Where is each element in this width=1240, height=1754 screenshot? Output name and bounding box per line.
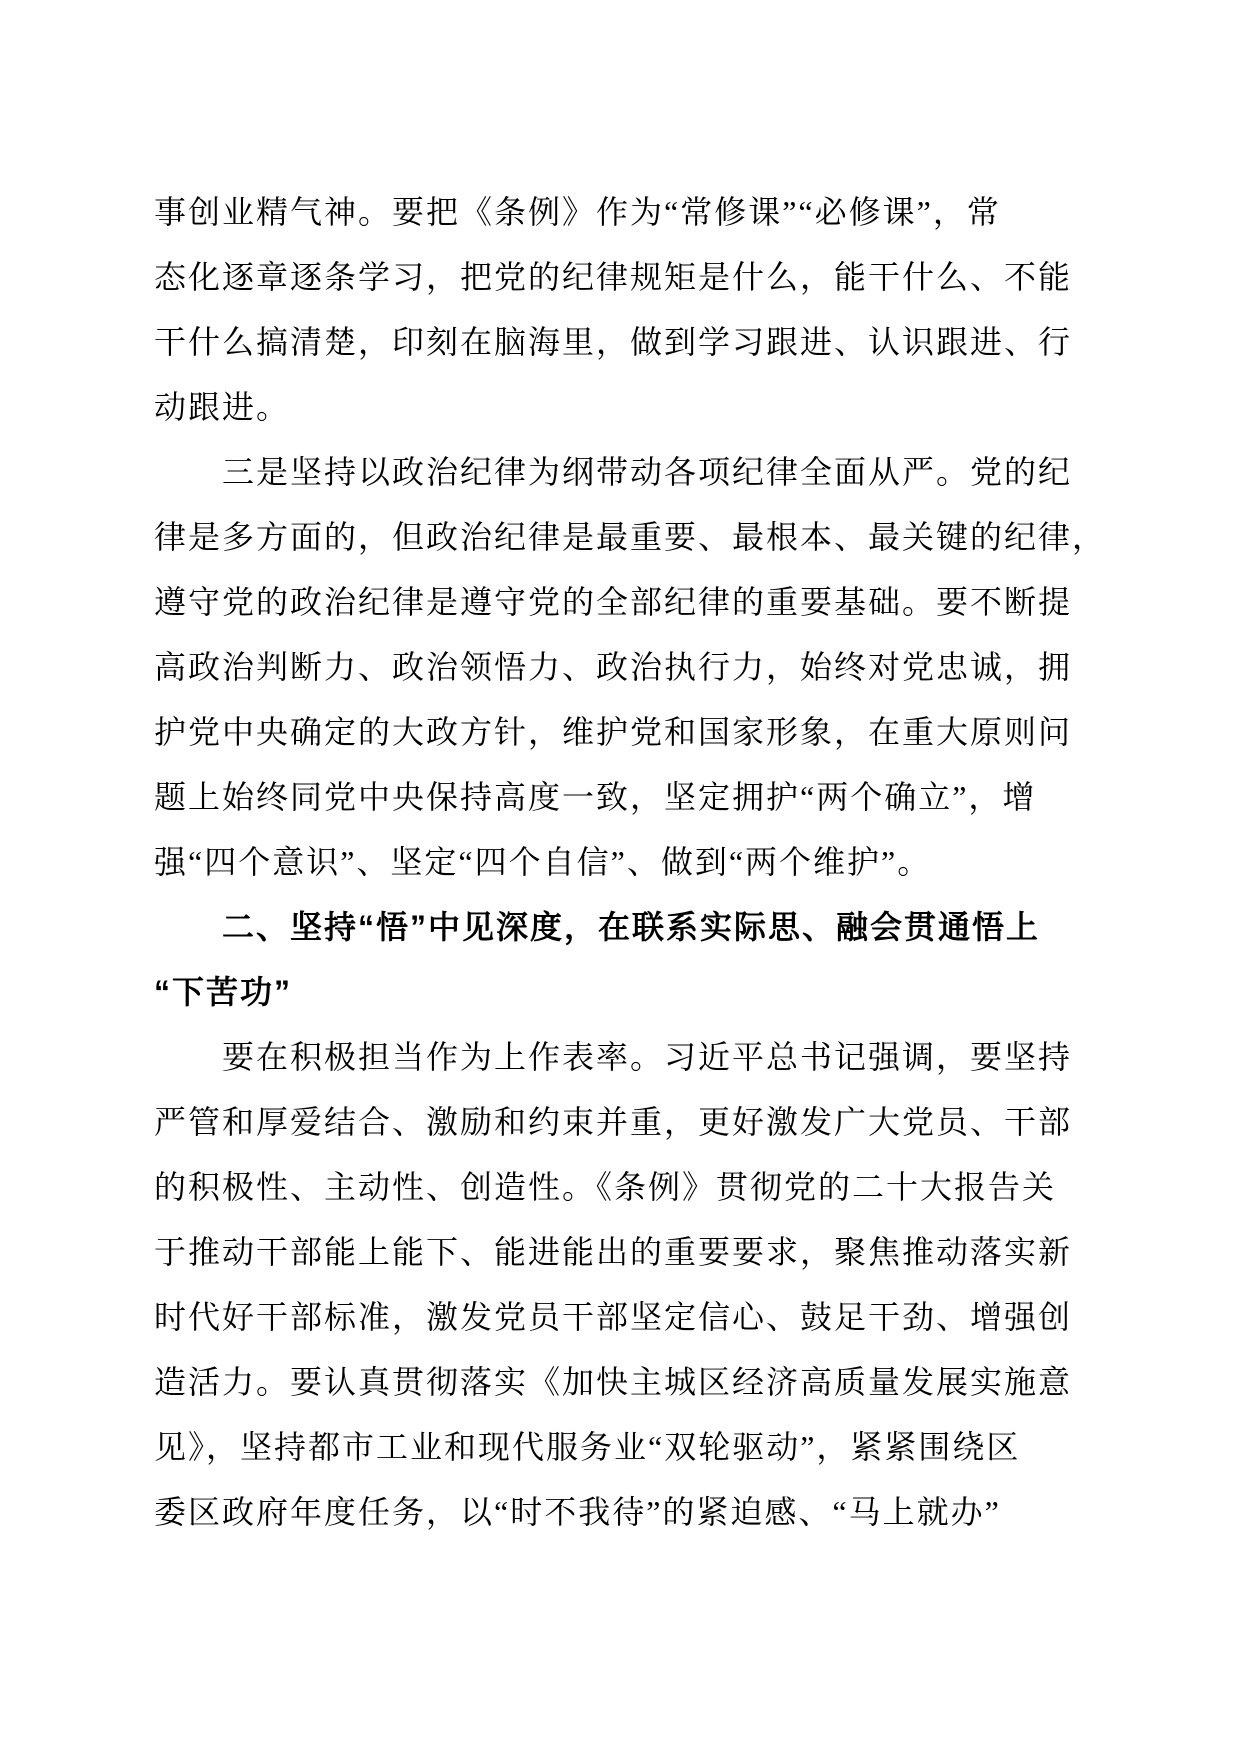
text-line: 律是多方面的，但政治纪律是最重要、最根本、最关键的纪律， xyxy=(154,505,1114,570)
text-line: 题上始终同党中央保持高度一致，坚定拥护“两个确立”，增 xyxy=(154,765,1114,830)
text-line: 要在积极担当作为上作表率。习近平总书记强调，要坚持 xyxy=(154,1025,1114,1090)
paragraph-responsibility: 要在积极担当作为上作表率。习近平总书记强调，要坚持 严管和厚爱结合、激励和约束并… xyxy=(154,1025,1114,1545)
text-line: 干什么搞清楚，印刻在脑海里，做到学习跟进、认识跟进、行 xyxy=(154,310,1114,375)
section-heading: 二、坚持“悟”中见深度，在联系实际思、融会贯通悟上 “下苦功” xyxy=(154,895,1114,1025)
text-line: 强“四个意识”、坚定“四个自信”、做到“两个维护”。 xyxy=(154,830,1114,895)
heading-line: “下苦功” xyxy=(154,960,1114,1025)
text-line: 动跟进。 xyxy=(154,375,1114,440)
text-line: 的积极性、主动性、创造性。《条例》贯彻党的二十大报告关 xyxy=(154,1155,1114,1220)
document-page: 事创业精气神。要把《条例》作为“常修课”“必修课”，常 态化逐章逐条学习，把党的… xyxy=(0,0,1240,1754)
text-line: 三是坚持以政治纪律为纲带动各项纪律全面从严。党的纪 xyxy=(154,440,1114,505)
paragraph-continuation: 事创业精气神。要把《条例》作为“常修课”“必修课”，常 态化逐章逐条学习，把党的… xyxy=(154,180,1114,440)
heading-line: 二、坚持“悟”中见深度，在联系实际思、融会贯通悟上 xyxy=(154,895,1114,960)
text-line: 高政治判断力、政治领悟力、政治执行力，始终对党忠诚，拥 xyxy=(154,635,1114,700)
text-line: 态化逐章逐条学习，把党的纪律规矩是什么，能干什么、不能 xyxy=(154,245,1114,310)
text-line: 事创业精气神。要把《条例》作为“常修课”“必修课”，常 xyxy=(154,180,1114,245)
text-line: 造活力。要认真贯彻落实《加快主城区经济高质量发展实施意 xyxy=(154,1350,1114,1415)
text-line: 于推动干部能上能下、能进能出的重要要求，聚焦推动落实新 xyxy=(154,1220,1114,1285)
text-line: 见》，坚持都市工业和现代服务业“双轮驱动”，紧紧围绕区 xyxy=(154,1415,1114,1480)
text-line: 委区政府年度任务，以“时不我待”的紧迫感、“马上就办” xyxy=(154,1480,1114,1545)
text-line: 遵守党的政治纪律是遵守党的全部纪律的重要基础。要不断提 xyxy=(154,570,1114,635)
document-text-area: 事创业精气神。要把《条例》作为“常修课”“必修课”，常 态化逐章逐条学习，把党的… xyxy=(154,180,1114,1545)
text-line: 护党中央确定的大政方针，维护党和国家形象，在重大原则问 xyxy=(154,700,1114,765)
paragraph-political-discipline: 三是坚持以政治纪律为纲带动各项纪律全面从严。党的纪 律是多方面的，但政治纪律是最… xyxy=(154,440,1114,895)
text-line: 时代好干部标准，激发党员干部坚定信心、鼓足干劲、增强创 xyxy=(154,1285,1114,1350)
text-line: 严管和厚爱结合、激励和约束并重，更好激发广大党员、干部 xyxy=(154,1090,1114,1155)
